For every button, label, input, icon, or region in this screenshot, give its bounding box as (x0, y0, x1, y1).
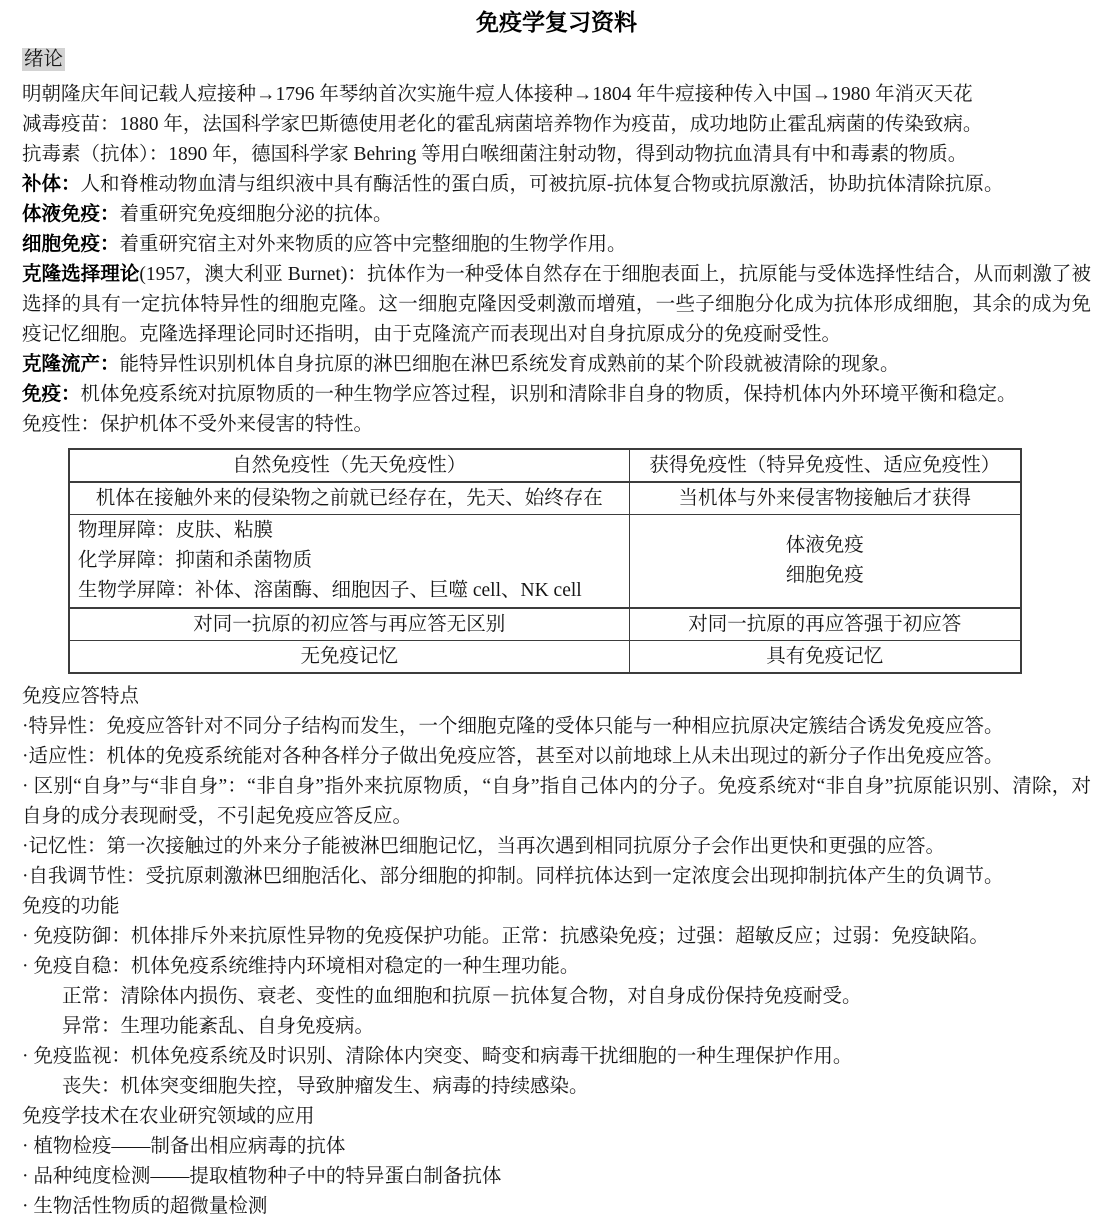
table-row-memory: 无免疫记忆 具有免疫记忆 (69, 641, 1021, 674)
para-complement: 补体：人和脊椎动物血清与组织液中具有酶活性的蛋白质，可被抗原-抗体复合物或抗原激… (22, 170, 1091, 200)
section-heading: 绪论 (22, 44, 1091, 76)
cell-acquired-memory: 具有免疫记忆 (629, 641, 1021, 674)
table-row-existence: 机体在接触外来的侵染物之前就已经存在，先天、始终存在 当机体与外来侵害物接触后才… (69, 482, 1021, 515)
table-header-innate: 自然免疫性（先天免疫性） (69, 449, 629, 482)
document-page: 免疫学复习资料 绪论 明朝隆庆年间记载人痘接种→1796 年琴纳首次实施牛痘人体… (0, 0, 1113, 1222)
heading-immune-functions: 免疫的功能 (22, 892, 1091, 922)
para-cellular-immunity: 细胞免疫：着重研究宿主对外来物质的应答中完整细胞的生物学作用。 (22, 230, 1091, 260)
cell-innate-response: 对同一抗原的初应答与再应答无区别 (69, 608, 629, 641)
cell-innate-memory: 无免疫记忆 (69, 641, 629, 674)
page-title: 免疫学复习资料 (22, 6, 1091, 38)
table-header-row: 自然免疫性（先天免疫性） 获得免疫性（特异免疫性、适应免疫性） (69, 449, 1021, 482)
para-humoral-immunity: 体液免疫：着重研究免疫细胞分泌的抗体。 (22, 200, 1091, 230)
bullet-immune-homeostasis: · 免疫自稳：机体免疫系统维持内环境相对稳定的一种生理功能。 (22, 952, 1091, 982)
cell-acquired-types: 体液免疫 细胞免疫 (629, 515, 1021, 609)
sub-homeostasis-normal: 正常：清除体内损伤、衰老、变性的血细胞和抗原－抗体复合物，对自身成份保持免疫耐受… (22, 982, 1091, 1012)
bullet-plant-quarantine: · 植物检疫——制备出相应病毒的抗体 (22, 1132, 1091, 1162)
bullet-specificity: ·特异性：免疫应答针对不同分子结构而发生，一个细胞克隆的受体只能与一种相应抗原决… (22, 712, 1091, 742)
para-vaccination-history: 明朝隆庆年间记载人痘接种→1796 年琴纳首次实施牛痘人体接种→1804 年牛痘… (22, 80, 1091, 110)
bullet-trace-detection: · 生物活性物质的超微量检测 (22, 1192, 1091, 1222)
table-row-barriers: 物理屏障：皮肤、粘膜 化学屏障：抑菌和杀菌物质 生物学屏障：补体、溶菌酶、细胞因… (69, 515, 1021, 609)
barrier-chemical: 化学屏障：抑菌和杀菌物质 (78, 546, 621, 576)
bullet-self-regulation: ·自我调节性：受抗原刺激淋巴细胞活化、部分细胞的抑制。同样抗体达到一定浓度会出现… (22, 862, 1091, 892)
bullet-immune-surveillance: · 免疫监视：机体免疫系统及时识别、清除体内突变、畸变和病毒干扰细胞的一种生理保… (22, 1042, 1091, 1072)
barrier-physical: 物理屏障：皮肤、粘膜 (78, 516, 621, 546)
bullet-self-nonself: · 区别“自身”与“非自身”：“非自身”指外来抗原物质，“自身”指自己体内的分子… (22, 772, 1091, 832)
bullet-immune-defense: · 免疫防御：机体排斥外来抗原性异物的免疫保护功能。正常：抗感染免疫；过强：超敏… (22, 922, 1091, 952)
para-immunity-property: 免疫性：保护机体不受外来侵害的特性。 (22, 410, 1091, 440)
cell-barrier-types: 物理屏障：皮肤、粘膜 化学屏障：抑菌和杀菌物质 生物学屏障：补体、溶菌酶、细胞因… (69, 515, 629, 609)
sub-surveillance-loss: 丧失：机体突变细胞失控，导致肿瘤发生、病毒的持续感染。 (22, 1072, 1091, 1102)
bullet-memory: ·记忆性：第一次接触过的外来分子能被淋巴细胞记忆，当再次遇到相同抗原分子会作出更… (22, 832, 1091, 862)
section-label-highlighted: 绪论 (22, 48, 65, 71)
para-attenuated-vaccine: 减毒疫苗：1880 年，法国科学家巴斯德使用老化的霍乱病菌培养物作为疫苗，成功地… (22, 110, 1091, 140)
heading-agricultural-applications: 免疫学技术在农业研究领域的应用 (22, 1102, 1091, 1132)
bullet-adaptability: ·适应性：机体的免疫系统能对各种各样分子做出免疫应答，甚至对以前地球上从未出现过… (22, 742, 1091, 772)
heading-response-features: 免疫应答特点 (22, 682, 1091, 712)
bullet-purity-testing: · 品种纯度检测——提取植物种子中的特异蛋白制备抗体 (22, 1162, 1091, 1192)
para-immunity-definition: 免疫：机体免疫系统对抗原物质的一种生物学应答过程，识别和清除非自身的物质，保持机… (22, 380, 1091, 410)
immunity-comparison-table: 自然免疫性（先天免疫性） 获得免疫性（特异免疫性、适应免疫性） 机体在接触外来的… (68, 448, 1022, 674)
table-row-response: 对同一抗原的初应答与再应答无区别 对同一抗原的再应答强于初应答 (69, 608, 1021, 641)
cell-acquired-response: 对同一抗原的再应答强于初应答 (629, 608, 1021, 641)
sub-homeostasis-abnormal: 异常：生理功能紊乱、自身免疫病。 (22, 1012, 1091, 1042)
acquired-humoral: 体液免疫 (638, 531, 1013, 561)
para-antitoxin: 抗毒素（抗体）：1890 年，德国科学家 Behring 等用白喉细菌注射动物，… (22, 140, 1091, 170)
para-clonal-abortion: 克隆流产：能特异性识别机体自身抗原的淋巴细胞在淋巴系统发育成熟前的某个阶段就被清… (22, 350, 1091, 380)
acquired-cellular: 细胞免疫 (638, 561, 1013, 591)
cell-innate-existence: 机体在接触外来的侵染物之前就已经存在，先天、始终存在 (69, 482, 629, 515)
para-clonal-selection-theory: 克隆选择理论(1957，澳大利亚 Burnet)：抗体作为一种受体自然存在于细胞… (22, 260, 1091, 350)
barrier-biological: 生物学屏障：补体、溶菌酶、细胞因子、巨噬 cell、NK cell (78, 576, 621, 606)
table-header-acquired: 获得免疫性（特异免疫性、适应免疫性） (629, 449, 1021, 482)
cell-acquired-existence: 当机体与外来侵害物接触后才获得 (629, 482, 1021, 515)
